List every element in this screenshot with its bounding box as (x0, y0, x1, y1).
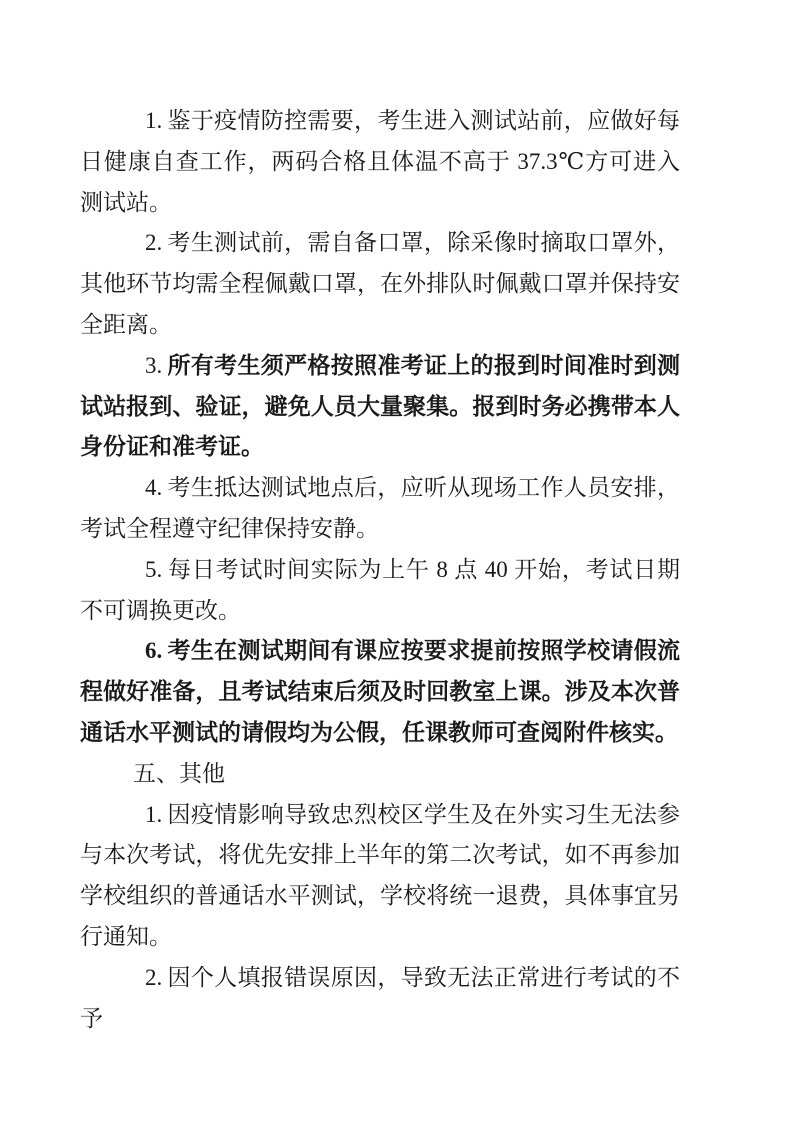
paragraph-text: 因疫情影响导致忠烈校区学生及在外实习生无法参与本次考试，将优先安排上半年的第二次… (80, 802, 680, 949)
paragraph-number: 2. (145, 965, 162, 990)
notice-item-3: 3.所有考生须严格按照准考证上的报到时间准时到测试站报到、验证，避免人员大量聚集… (80, 346, 680, 468)
section-heading-text: 五、其他 (133, 761, 225, 786)
paragraph-number: 3. (145, 353, 162, 378)
notice-item-2: 2.考生测试前，需自备口罩，除采像时摘取口罩外，其他环节均需全程佩戴口罩，在外排… (80, 223, 680, 345)
notice-item-1: 1.鉴于疫情防控需要，考生进入测试站前，应做好每日健康自查工作，两码合格且体温不… (80, 101, 680, 223)
notice-item-4: 4.考生抵达测试地点后，应听从现场工作人员安排，考试全程遵守纪律保持安静。 (80, 468, 680, 550)
other-item-1: 1.因疫情影响导致忠烈校区学生及在外实习生无法参与本次考试，将优先安排上半年的第… (80, 795, 680, 958)
paragraph-text: 考生在测试期间有课应按要求提前按照学校请假流程做好准备，且考试结束后须及时回教室… (80, 638, 680, 745)
paragraph-number: 5. (145, 557, 162, 582)
paragraph-number: 6. (145, 638, 162, 663)
paragraph-text: 每日考试时间实际为上午 8 点 40 开始，考试日期不可调换更改。 (80, 557, 680, 623)
document-text-block: 1.鉴于疫情防控需要，考生进入测试站前，应做好每日健康自查工作，两码合格且体温不… (80, 101, 680, 1039)
paragraph-number: 4. (145, 475, 162, 500)
paragraph-number: 1. (145, 802, 162, 827)
paragraph-text: 考生抵达测试地点后，应听从现场工作人员安排，考试全程遵守纪律保持安静。 (80, 475, 680, 541)
notice-item-6: 6.考生在测试期间有课应按要求提前按照学校请假流程做好准备，且考试结束后须及时回… (80, 631, 680, 753)
section-heading-other: 五、其他 (80, 754, 680, 795)
paragraph-number: 1. (145, 108, 162, 133)
paragraph-text: 鉴于疫情防控需要，考生进入测试站前，应做好每日健康自查工作，两码合格且体温不高于… (80, 108, 680, 215)
paragraph-text: 因个人填报错误原因，导致无法正常进行考试的不予 (80, 965, 680, 1031)
paragraph-number: 2. (145, 230, 162, 255)
notice-item-5: 5.每日考试时间实际为上午 8 点 40 开始，考试日期不可调换更改。 (80, 550, 680, 632)
document-page: 1.鉴于疫情防控需要，考生进入测试站前，应做好每日健康自查工作，两码合格且体温不… (0, 0, 793, 1122)
paragraph-text: 考生测试前，需自备口罩，除采像时摘取口罩外，其他环节均需全程佩戴口罩，在外排队时… (80, 230, 680, 337)
other-item-2: 2.因个人填报错误原因，导致无法正常进行考试的不予 (80, 958, 680, 1040)
paragraph-text: 所有考生须严格按照准考证上的报到时间准时到测试站报到、验证，避免人员大量聚集。报… (80, 353, 680, 460)
